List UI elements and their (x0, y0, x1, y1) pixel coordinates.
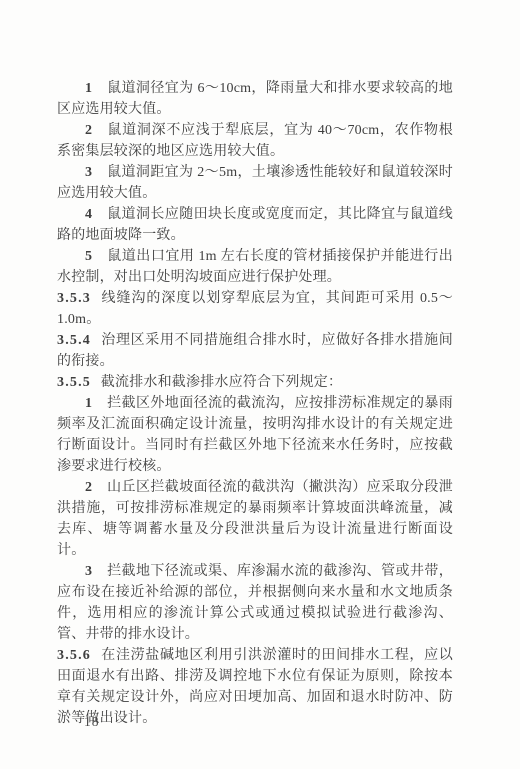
document-page: 1鼠道洞径宜为 6～10cm，降雨量大和排水要求较高的地区应选用较大值。 2鼠道… (0, 0, 520, 769)
list-item-text: 拦截地下径流或渠、库渗漏水流的截渗沟、管或井带，应布设在接近补给源的部位，并根据… (57, 564, 453, 642)
clause-3-5-5: 3.5.5截流排水和截渗排水应符合下列规定： (57, 372, 453, 393)
list-item-2b: 2山丘区拦截坡面径流的截洪沟（撇洪沟）应采取分段泄洪措施，可按排涝标准规定的暴雨… (57, 477, 453, 561)
list-item-4: 4鼠道洞长应随田块长度或宽度而定，其比降宜与鼠道线路的地面坡降一致。 (57, 204, 453, 246)
clause-number: 3.5.3 (57, 291, 91, 306)
list-item-number: 3 (85, 165, 92, 180)
list-item-text: 鼠道洞长应随田块长度或宽度而定，其比降宜与鼠道线路的地面坡降一致。 (57, 207, 453, 243)
list-item-2: 2鼠道洞深不应浅于犁底层，宜为 40～70cm，农作物根系密集层较深的地区应选用… (57, 120, 453, 162)
clause-number: 3.5.5 (57, 375, 91, 390)
list-item-3: 3鼠道洞距宜为 2～5m，土壤渗透性能较好和鼠道较深时应选用较大值。 (57, 162, 453, 204)
list-item-1b: 1拦截区外地面径流的截流沟，应按排涝标准规定的暴雨频率及汇流面积确定设计流量，按… (57, 393, 453, 477)
list-item-number: 2 (85, 480, 92, 495)
list-item-number: 5 (85, 249, 92, 264)
list-item-5: 5鼠道出口宜用 1m 左右长度的管材插接保护并能进行出水控制，对出口处明沟坡面应… (57, 246, 453, 288)
clause-text: 在洼涝盐碱地区利用引洪淤灌时的田间排水工程，应以田面退水有出路、排涝及调控地下水… (57, 648, 453, 726)
list-item-1: 1鼠道洞径宜为 6～10cm，降雨量大和排水要求较高的地区应选用较大值。 (57, 78, 453, 120)
list-item-text: 鼠道出口宜用 1m 左右长度的管材插接保护并能进行出水控制，对出口处明沟坡面应进… (57, 249, 453, 285)
list-item-3b: 3拦截地下径流或渠、库渗漏水流的截渗沟、管或井带，应布设在接近补给源的部位，并根… (57, 561, 453, 645)
document-body: 1鼠道洞径宜为 6～10cm，降雨量大和排水要求较高的地区应选用较大值。 2鼠道… (57, 78, 453, 729)
list-item-text: 鼠道洞深不应浅于犁底层，宜为 40～70cm，农作物根系密集层较深的地区应选用较… (57, 123, 453, 159)
clause-number: 3.5.6 (57, 648, 91, 663)
page-number: 18 (84, 714, 100, 730)
list-item-number: 2 (85, 123, 92, 138)
list-item-number: 1 (85, 81, 92, 96)
clause-text: 线缝沟的深度以划穿犁底层为宜，其间距可采用 0.5～1.0m。 (57, 291, 453, 327)
list-item-text: 鼠道洞距宜为 2～5m，土壤渗透性能较好和鼠道较深时应选用较大值。 (57, 165, 453, 201)
list-item-text: 山丘区拦截坡面径流的截洪沟（撇洪沟）应采取分段泄洪措施，可按排涝标准规定的暴雨频… (57, 480, 453, 558)
clause-text: 截流排水和截渗排水应符合下列规定： (101, 375, 342, 390)
list-item-number: 4 (85, 207, 92, 222)
clause-3-5-6: 3.5.6在洼涝盐碱地区利用引洪淤灌时的田间排水工程，应以田面退水有出路、排涝及… (57, 645, 453, 729)
clause-text: 治理区采用不同措施组合排水时，应做好各排水措施间的衔接。 (57, 333, 453, 369)
list-item-number: 1 (85, 396, 92, 411)
list-item-text: 鼠道洞径宜为 6～10cm，降雨量大和排水要求较高的地区应选用较大值。 (57, 81, 453, 117)
clause-3-5-4: 3.5.4治理区采用不同措施组合排水时，应做好各排水措施间的衔接。 (57, 330, 453, 372)
clause-3-5-3: 3.5.3线缝沟的深度以划穿犁底层为宜，其间距可采用 0.5～1.0m。 (57, 288, 453, 330)
list-item-number: 3 (85, 564, 92, 579)
clause-number: 3.5.4 (57, 333, 91, 348)
list-item-text: 拦截区外地面径流的截流沟，应按排涝标准规定的暴雨频率及汇流面积确定设计流量，按明… (57, 396, 453, 474)
